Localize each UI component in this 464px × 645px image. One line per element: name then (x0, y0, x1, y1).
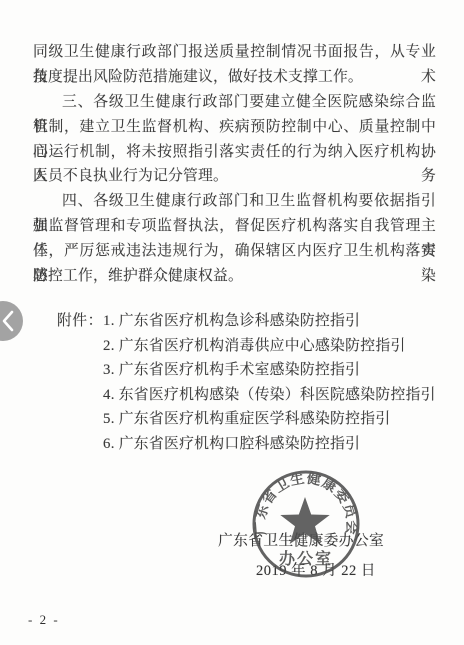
body-text-line: 四、各级卫生健康行政部门和卫生监督机构要依据指引加 (33, 189, 436, 214)
seal-office-text: 办公室 (279, 549, 333, 568)
attachment-item: 3. 广东省医疗机构手术室感染防控指引 (103, 358, 447, 383)
body-text-line: 三、各级卫生健康行政部门要建立健全医院感染综合监管 (33, 90, 436, 115)
body-text-line: 强监督管理和专项监督执法，督促医疗机构落实自我管理主体责 (33, 214, 436, 239)
attachment-item: 2. 广东省医疗机构消毒供应中心感染防控指引 (103, 334, 447, 359)
attachment-item: 6. 广东省医疗机构口腔科感染防控指引 (103, 432, 447, 457)
body-text-line: 同级卫生健康行政部门报送质量控制情况书面报告，从专业技术 (33, 40, 436, 65)
star-icon (280, 497, 329, 544)
attachments-section: 附件： 1. 广东省医疗机构急诊科感染防控指引 2. 广东省医疗机构消毒供应中心… (57, 309, 447, 457)
body-text-line: 任，严厉惩戒违法违规行为，确保辖区内医疗卫生机构落实感染 (33, 239, 436, 264)
attachments-label: 附件： (57, 309, 103, 334)
document-body: 同级卫生健康行政部门报送质量控制情况书面报告，从专业技术 角度提出风险防范措施建… (33, 40, 436, 289)
chevron-left-icon (0, 301, 23, 341)
back-button[interactable] (0, 301, 23, 341)
page-number: - 2 - (28, 612, 60, 628)
attachment-item: 1. 广东省医疗机构急诊科感染防控指引 (103, 309, 447, 334)
attachments-list: 1. 广东省医疗机构急诊科感染防控指引 2. 广东省医疗机构消毒供应中心感染防控… (103, 309, 447, 457)
attachment-item: 4. 东省医疗机构感染（传染）科医院感染防控指引 (103, 383, 447, 408)
body-text-line: 机制，建立卫生监督机构、疾病预防控制中心、质量控制中心协 (33, 115, 436, 140)
attachment-item: 5. 广东省医疗机构重症医学科感染防控指引 (103, 407, 447, 432)
scanned-document-page: 同级卫生健康行政部门报送质量控制情况书面报告，从专业技术 角度提出风险防范措施建… (0, 0, 464, 645)
official-seal: 广东省卫生健康委员会 办公室 (248, 468, 364, 584)
body-text-line: 同运行机制，将未按照指引落实责任的行为纳入医疗机构、医务 (33, 140, 436, 165)
